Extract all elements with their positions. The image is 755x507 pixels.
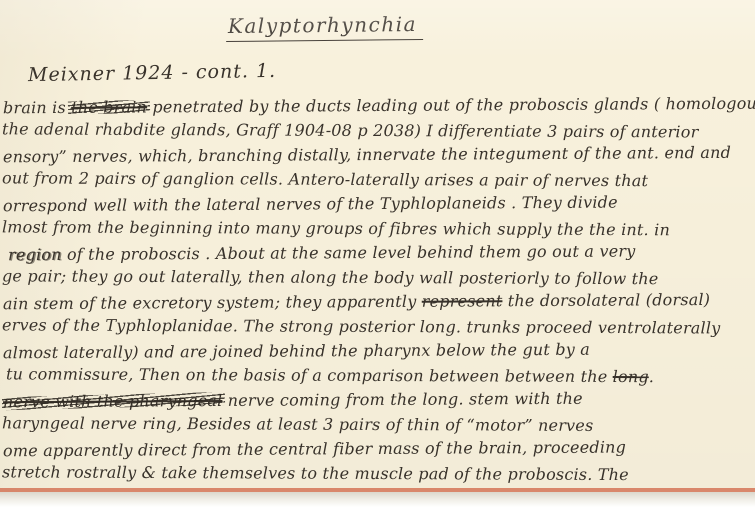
handwritten-text: ome apparently direct from the central f… (3, 437, 626, 460)
handwritten-text: orrespond well with the lateral nerves o… (3, 193, 618, 216)
handwritten-text: erves of the Typhloplanidae. The strong … (2, 315, 721, 337)
handwritten-text: out from 2 pairs of ganglion cells. Ante… (2, 168, 648, 190)
struck-text: represent (422, 291, 503, 310)
handwritten-text: tu commissure, Then on the basis of a co… (6, 364, 613, 386)
handwritten-text: ge pair; they go out laterally, then alo… (2, 266, 659, 288)
scribbled-out-text: nerve with the pharyngeal (3, 391, 223, 411)
handwritten-text: the adenal rhabdite glands, Graff 1904-0… (2, 119, 699, 141)
struck-text: long (613, 367, 649, 386)
handwritten-line: almost laterally) and are joined behind … (2, 337, 755, 366)
handwritten-text: penetrated by the ducts leading out of t… (147, 93, 755, 116)
handwritten-line: ain stem of the excretory system; they a… (2, 288, 755, 317)
handwritten-text: stretch rostrally & take themselves to t… (2, 462, 629, 484)
handwritten-text: almost laterally) and are joined behind … (3, 340, 590, 363)
scribbled-out-text: the brain (71, 97, 147, 116)
card-title: Kalyptorhynchia (226, 12, 423, 42)
handwritten-line: nerve with the pharyngeal nerve coming f… (2, 386, 755, 415)
handwritten-line: orrespond well with the lateral nerves o… (2, 190, 755, 219)
scanned-note-card: Kalyptorhynchia Meixner 1924 - cont. 1. … (0, 0, 755, 507)
handwritten-text: brain is (3, 98, 71, 117)
handwritten-line: region of the proboscis . About at the s… (2, 239, 755, 268)
scan-backdrop (0, 492, 755, 507)
handwritten-text: haryngeal nerve ring, Besides at least 3… (2, 413, 593, 435)
handwritten-line: brain is the brain penetrated by the duc… (2, 92, 755, 121)
index-card: Kalyptorhynchia Meixner 1924 - cont. 1. … (0, 0, 755, 492)
handwritten-text: lmost from the beginning into many group… (2, 217, 670, 239)
handwritten-text: the dorsolateral (dorsal) (502, 290, 710, 310)
handwritten-text: nerve coming from the long. stem with th… (222, 389, 583, 410)
card-subtitle: Meixner 1924 - cont. 1. (28, 60, 276, 86)
handwritten-text: . (649, 367, 654, 386)
handwritten-line: stretch rostrally & take themselves to t… (2, 460, 755, 488)
handwritten-body: brain is the brain penetrated by the duc… (2, 94, 755, 486)
handwritten-line: ensory” nerves, which, branching distall… (2, 141, 755, 170)
correction-group: arise fromrepresent (422, 289, 503, 314)
handwritten-text: of the proboscis . About at the same lev… (62, 241, 636, 264)
handwritten-text: ain stem of the excretory system; they a… (3, 292, 422, 314)
handwritten-text: ensory” nerves, which, branching distall… (3, 143, 731, 166)
handwritten-line: ome apparently direct from the central f… (2, 435, 755, 464)
overwritten-word: region (8, 245, 62, 264)
